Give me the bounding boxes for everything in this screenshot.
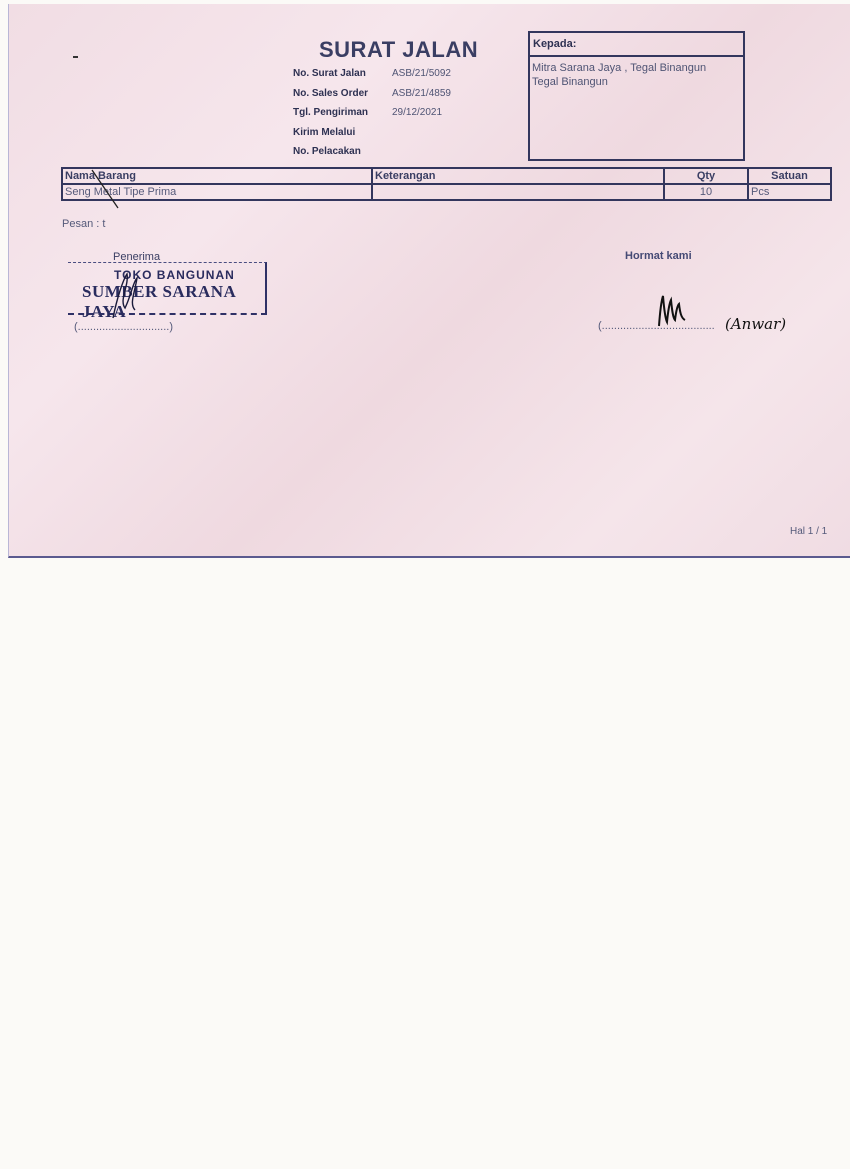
- pesan-note: Pesan : t: [62, 218, 105, 230]
- meta-label: No. Sales Order: [293, 88, 392, 108]
- meta-row-pelacakan: No. Pelacakan: [293, 146, 451, 166]
- header-satuan: Satuan: [748, 168, 831, 184]
- cell-keterangan: [372, 184, 664, 200]
- meta-label: No. Surat Jalan: [293, 68, 392, 88]
- table-row: Seng Metal Tipe Prima 10 Pcs: [62, 184, 831, 200]
- document-meta: No. Surat Jalan ASB/21/5092 No. Sales Or…: [293, 68, 451, 166]
- recipient-address: Mitra Sarana Jaya , Tegal Binangun Tegal…: [530, 57, 743, 89]
- dash-mark: [73, 56, 78, 58]
- sender-signature-icon: [655, 292, 695, 332]
- sender-name: (Anwar): [725, 315, 786, 333]
- items-table: Nama Barang Keterangan Qty Satuan Seng M…: [61, 167, 832, 201]
- recipient-line-1: Mitra Sarana Jaya , Tegal Binangun: [532, 61, 743, 75]
- meta-value: ASB/21/4859: [392, 88, 451, 108]
- meta-row-kirim-melalui: Kirim Melalui: [293, 127, 451, 147]
- meta-label: Kirim Melalui: [293, 127, 392, 147]
- pen-stroke-icon: [88, 168, 128, 213]
- meta-row-tgl-pengiriman: Tgl. Pengiriman 29/12/2021: [293, 107, 451, 127]
- receiver-signature-icon: [105, 268, 145, 323]
- header-keterangan: Keterangan: [372, 168, 664, 184]
- cell-qty: 10: [664, 184, 748, 200]
- hormat-kami-label: Hormat kami: [625, 250, 692, 262]
- document-title: SURAT JALAN: [319, 37, 478, 63]
- meta-row-surat-jalan: No. Surat Jalan ASB/21/5092: [293, 68, 451, 88]
- meta-value: 29/12/2021: [392, 107, 442, 127]
- recipient-label: Kepada:: [530, 33, 743, 57]
- meta-row-sales-order: No. Sales Order ASB/21/4859: [293, 88, 451, 108]
- page-number: Hal 1 / 1: [790, 526, 827, 537]
- receiver-signature-line: (..............................): [74, 321, 173, 333]
- meta-label: Tgl. Pengiriman: [293, 107, 392, 127]
- cell-satuan: Pcs: [748, 184, 831, 200]
- company-stamp: TOKO BANGUNAN SUMBER SARANA JAYA: [68, 262, 267, 315]
- recipient-box: Kepada: Mitra Sarana Jaya , Tegal Binang…: [528, 31, 745, 161]
- meta-value: ASB/21/5092: [392, 68, 451, 88]
- recipient-line-2: Tegal Binangun: [532, 75, 743, 89]
- meta-label: No. Pelacakan: [293, 146, 392, 166]
- table-header-row: Nama Barang Keterangan Qty Satuan: [62, 168, 831, 184]
- header-qty: Qty: [664, 168, 748, 184]
